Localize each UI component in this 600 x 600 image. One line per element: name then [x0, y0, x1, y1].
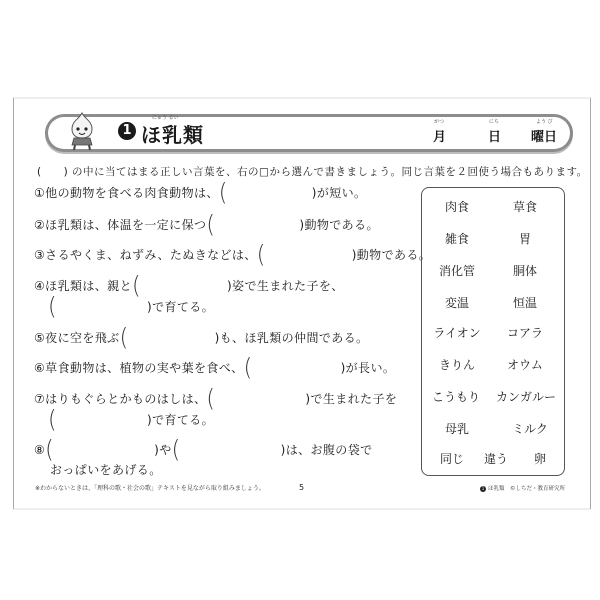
- mascot-character-icon: [66, 111, 98, 151]
- question-text: 他の動物を食べる肉食動物は、: [45, 186, 219, 200]
- answer-blank-open[interactable]: (: [120, 325, 129, 353]
- word-bank-item: 肉食: [432, 198, 482, 215]
- answer-blank-open[interactable]: (: [206, 212, 215, 240]
- word-bank-item: きりん: [424, 356, 490, 373]
- answer-blank-open[interactable]: (: [48, 294, 57, 322]
- word-bank-item: 胃: [497, 230, 553, 247]
- number-circle-icon: 1: [480, 486, 486, 492]
- question-text: はりもぐらとかものはしは、: [45, 392, 206, 406]
- question-text-end: )で育てる。: [147, 413, 214, 427]
- question-number: ③: [34, 248, 45, 262]
- question-text: 草食動物は、植物の実や葉を食べ、: [45, 361, 243, 375]
- question-3: ③さるやくま、ねずみ、たぬきなどは、()動物である。: [34, 243, 431, 268]
- word-bank-item: 母乳: [432, 420, 482, 437]
- word-bank-item: こうもり: [422, 388, 490, 405]
- question-2: ②ほ乳類は、体温を一定に保つ()動物である。: [34, 213, 379, 238]
- question-text-end: )姿で生まれた子を、: [227, 279, 344, 293]
- question-8: ⑧()や()は、お腹の袋で: [34, 438, 373, 463]
- word-bank-item: オウム: [494, 356, 556, 373]
- weekday-label[interactable]: 曜日: [531, 126, 557, 145]
- question-text: ほ乳類は、親と: [45, 279, 132, 293]
- question-7-line-2: ()で育てる。: [48, 408, 214, 433]
- question-text-end: )が短い。: [312, 186, 367, 200]
- question-number: ②: [34, 218, 45, 232]
- month-label[interactable]: 月: [433, 126, 446, 145]
- word-bank-item: 同じ: [432, 450, 472, 467]
- lesson-number-badge: 1: [118, 122, 136, 140]
- question-number: ④: [34, 279, 45, 293]
- page-number: 5: [299, 483, 304, 492]
- weekday-ruby: よう び: [536, 118, 553, 125]
- answer-blank-open[interactable]: (: [48, 407, 57, 435]
- month-ruby: がつ: [434, 118, 444, 125]
- instruction-text: ( ) の中に当てはまる正しい言葉を、右の□から選んで書きましょう。同じ言葉を２…: [37, 164, 588, 179]
- footer-credit: 1ほ乳類 ©しちだ・教育研究所: [480, 484, 565, 492]
- footer-credit-text: ほ乳類 ©しちだ・教育研究所: [488, 486, 565, 492]
- word-bank-item: コアラ: [494, 324, 556, 341]
- word-bank-item: 変温: [432, 294, 482, 311]
- answer-blank-open[interactable]: (: [244, 355, 253, 383]
- question-8-line-2: おっぱいをあげる。: [50, 461, 162, 478]
- question-text-end: )動物である。: [352, 248, 431, 262]
- question-number: ①: [34, 186, 45, 200]
- day-label[interactable]: 日: [488, 126, 501, 145]
- word-bank-item: カンガルー: [490, 388, 562, 405]
- header-bar: 1 にゅう るい ほ乳類 がつ 月 にち 日 よう び 曜日: [45, 114, 573, 152]
- question-text-end: )は、お腹の袋で: [281, 443, 373, 457]
- question-number: ⑤: [34, 331, 45, 345]
- word-bank-item: ライオン: [424, 324, 490, 341]
- question-number: ⑦: [34, 392, 45, 406]
- footer-note: ※わからないときは、「理科の歌・社会の歌」テキストを見ながら取り組みましょう。: [35, 483, 265, 492]
- answer-blank-open[interactable]: (: [257, 242, 266, 270]
- question-1: ①他の動物を食べる肉食動物は、(​)が短い。: [34, 181, 366, 206]
- page-title: ほ乳類: [141, 119, 204, 148]
- question-text-end: )で育てる。: [147, 300, 214, 314]
- question-4-line-2: ()で育てる。: [48, 295, 214, 320]
- question-number: ⑥: [34, 361, 45, 375]
- question-6: ⑥草食動物は、植物の実や葉を食べ、()が長い。: [34, 356, 395, 381]
- question-5: ⑤夜に空を飛ぶ()も、ほ乳類の仲間である。: [34, 326, 368, 351]
- question-text-end: )動物である。: [299, 218, 378, 232]
- answer-blank-open[interactable]: (: [219, 180, 228, 208]
- question-text: ほ乳類は、体温を一定に保つ: [45, 218, 206, 232]
- word-bank-item: 消化管: [426, 262, 488, 279]
- word-bank-item: 恒温: [497, 294, 553, 311]
- worksheet-page: 1 にゅう るい ほ乳類 がつ 月 にち 日 よう び 曜日 ( ) の中に当て…: [13, 97, 591, 510]
- word-bank: 肉食 草食 雑食 胃 消化管 胴体 変温 恒温 ライオン コアラ きりん オウム…: [421, 187, 565, 476]
- question-text-end: )で生まれた子を: [305, 392, 397, 406]
- word-bank-item: 雑食: [432, 230, 482, 247]
- question-number: ⑧: [34, 443, 45, 457]
- word-bank-item: ミルク: [502, 420, 558, 437]
- word-bank-item: 違う: [476, 450, 516, 467]
- word-bank-item: 草食: [497, 198, 553, 215]
- question-text-end: )も、ほ乳類の仲間である。: [215, 331, 369, 345]
- word-bank-item: 卵: [522, 450, 558, 467]
- question-text-end: おっぱいをあげる。: [50, 463, 162, 477]
- question-text-end: )が長い。: [341, 361, 396, 375]
- question-text: 夜に空を飛ぶ: [45, 331, 119, 345]
- question-text-mid: )や: [154, 443, 171, 457]
- word-bank-item: 胴体: [497, 262, 553, 279]
- day-ruby: にち: [489, 118, 499, 125]
- answer-blank-open[interactable]: (: [172, 437, 181, 465]
- question-text: さるやくま、ねずみ、たぬきなどは、: [45, 248, 257, 262]
